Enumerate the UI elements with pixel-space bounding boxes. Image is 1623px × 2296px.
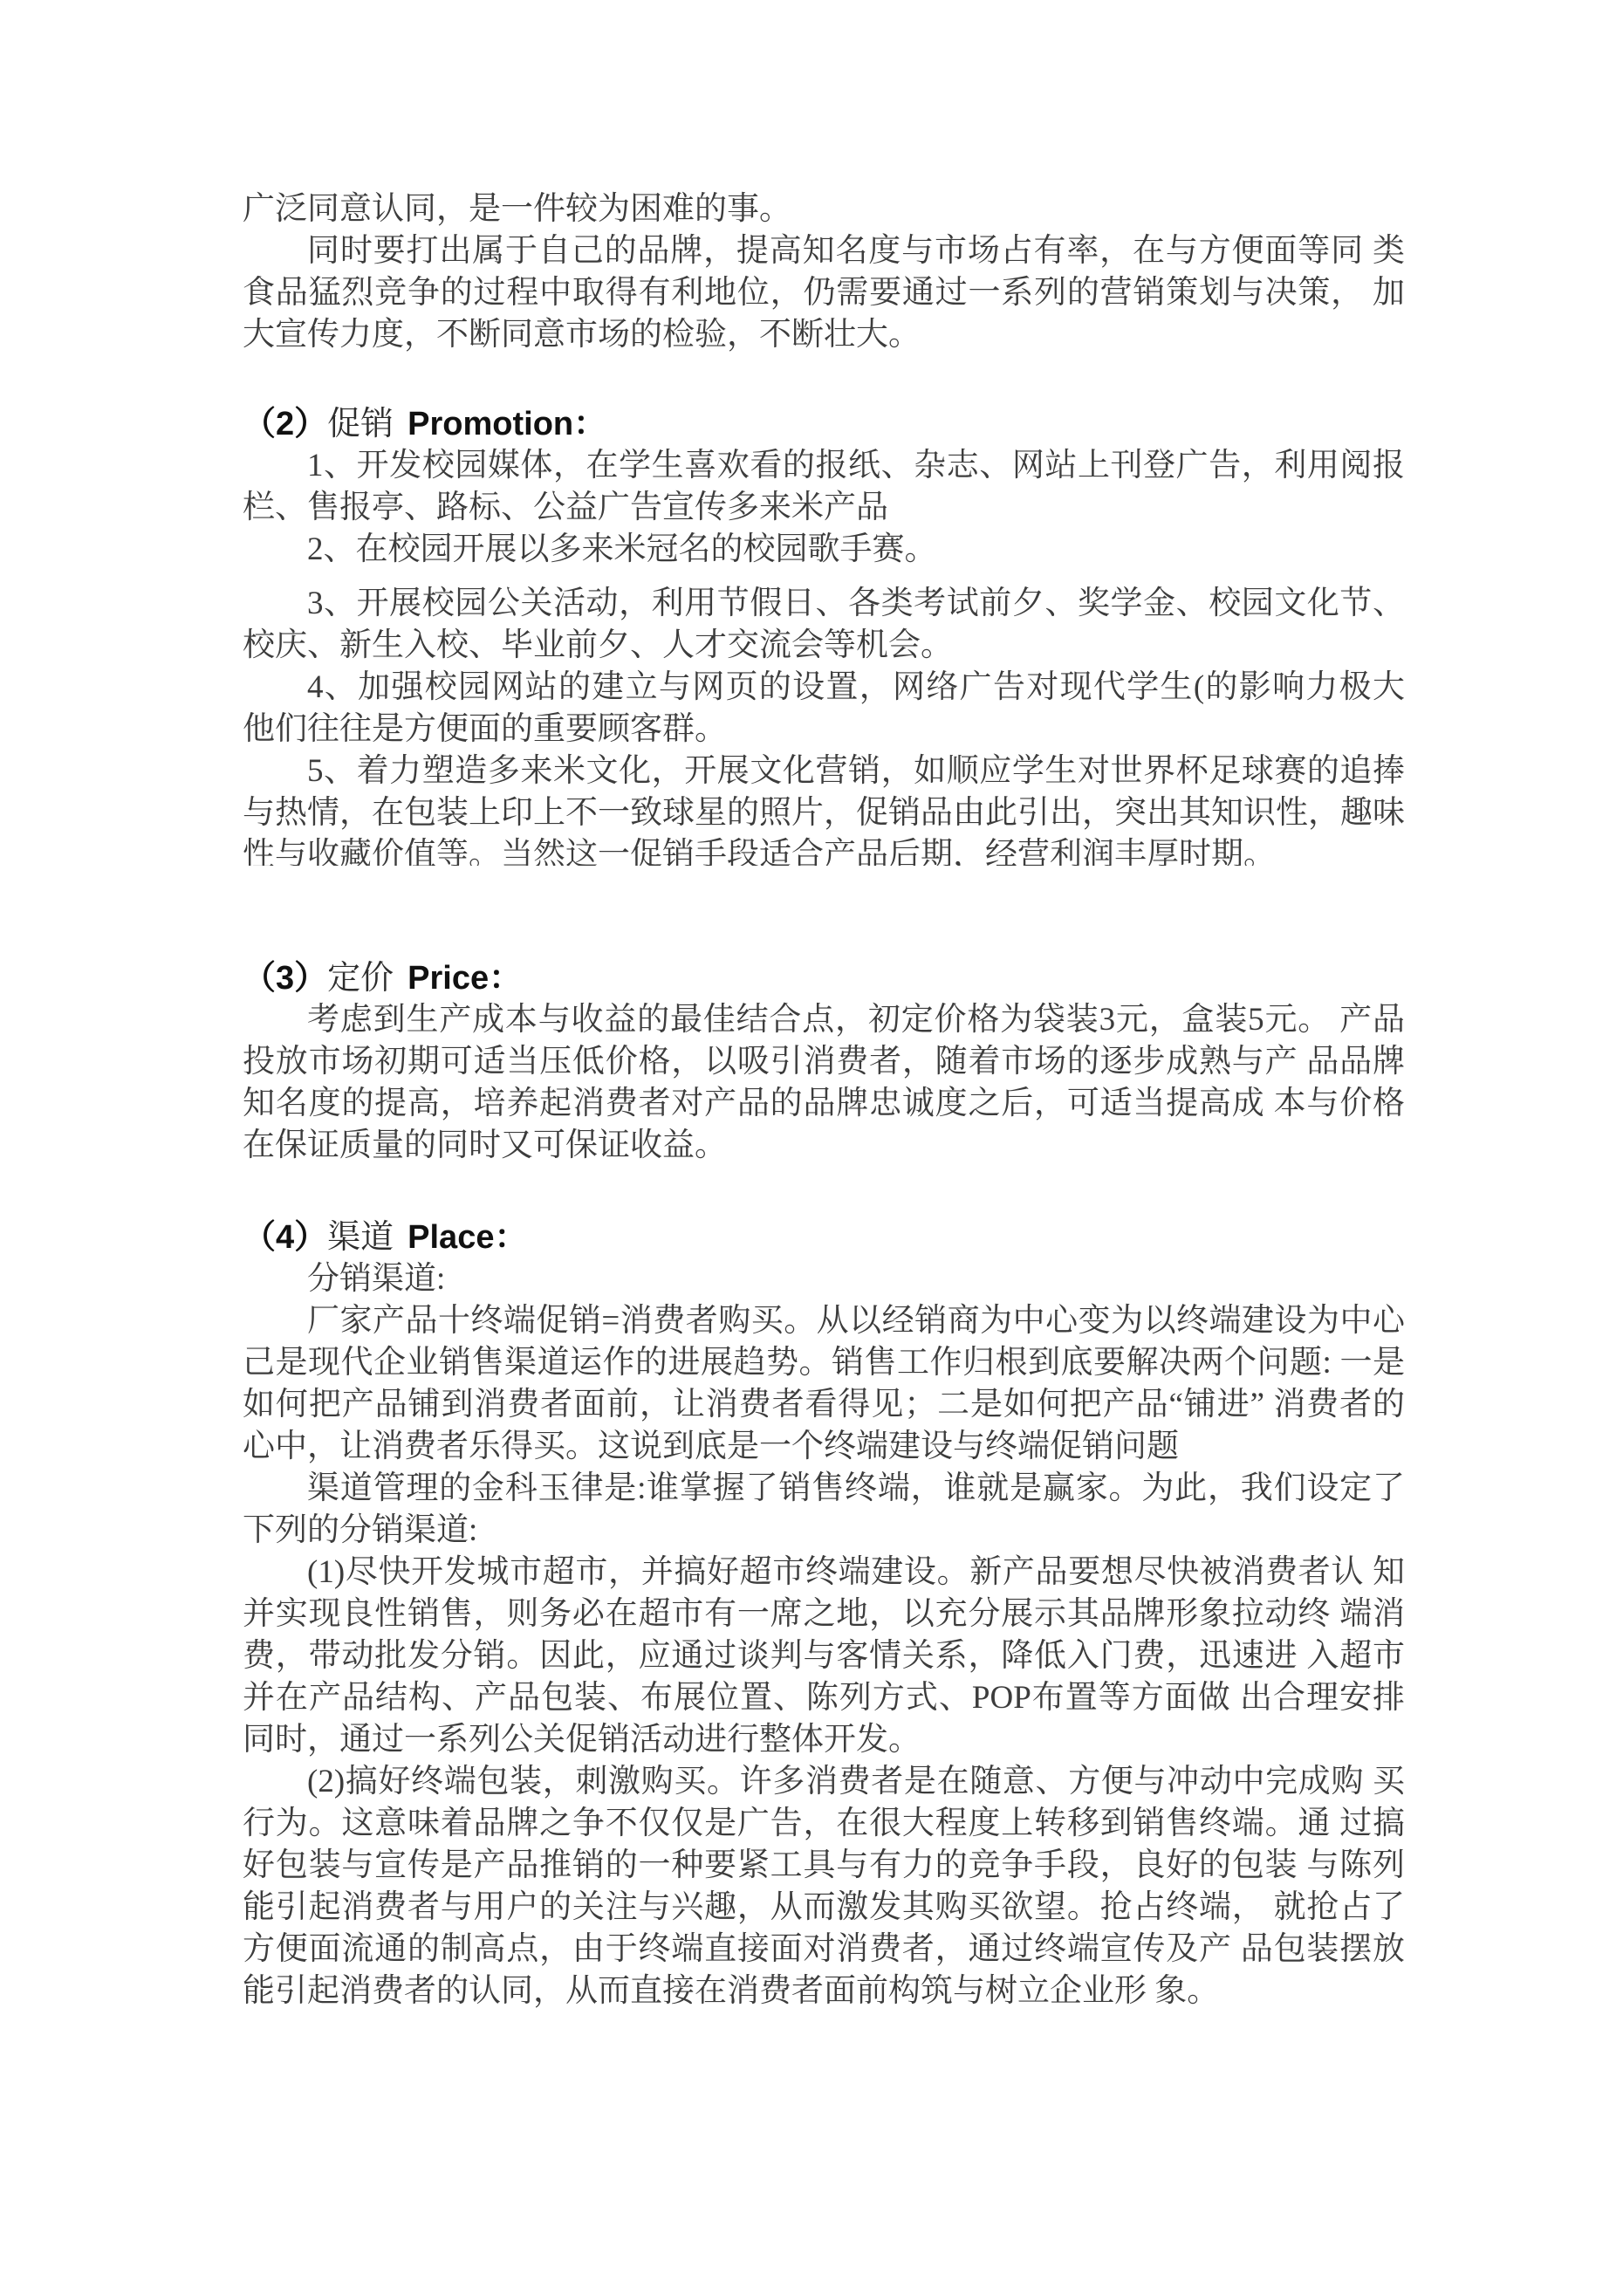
heading-promotion-cjk: 促销: [327, 406, 394, 442]
heading-promotion: （2）促销Promotion：: [243, 403, 1405, 445]
paragraph-brand-strategy: 同时要打出属于自己的品牌，提高知名度与市场占有率，在与方便面等同 类食品猛烈竞争…: [243, 230, 1405, 356]
heading-price-cjk: 定价: [327, 960, 394, 997]
heading-place-cjk: 渠道: [327, 1219, 394, 1256]
promotion-item-4: 4、加强校园网站的建立与网页的设置，网络广告对现代学生(的影响力极大 他们往往是…: [243, 667, 1405, 750]
promotion-item-2: 2、在校园开展以多来米冠名的校园歌手赛。: [243, 529, 1405, 571]
promotion-item-3: 3、开展校园公关活动，利用节假日、各类考试前夕、奖学金、校园文化节、校庆、新生入…: [243, 583, 1405, 667]
promotion-item-5: 5、着力塑造多来米文化，开展文化营销，如顺应学生对世界杯足球赛的追捧与热情，在包…: [243, 750, 1405, 866]
paragraph-intro: 广泛同意认同，是一件较为困难的事。: [243, 188, 1405, 230]
promotion-item-1: 1、开发校园媒体，在学生喜欢看的报纸、杂志、网站上刊登广告，利用阅报栏、售报亭、…: [243, 445, 1405, 529]
paragraph-channel-point-2: (2)搞好终端包装，刺激购买。许多消费者是在随意、方便与冲动中完成购 买行为。这…: [243, 1761, 1405, 2012]
paragraph-channel-label: 分销渠道:: [243, 1258, 1405, 1300]
heading-price-number: （3）: [243, 960, 327, 997]
heading-place-latin: Place：: [407, 1219, 527, 1256]
heading-promotion-latin: Promotion：: [407, 406, 606, 442]
paragraph-channel-rule: 渠道管理的金科玉律是:谁掌握了销售终端，谁就是赢家。为此，我们设定了下列的分销渠…: [243, 1468, 1405, 1552]
paragraph-channel-intro: 厂家产品十终端促销=消费者购买。从以经销商为中心变为以终端建设为中心己是现代企业…: [243, 1300, 1405, 1468]
heading-price: （3）定价Price：: [243, 957, 1405, 999]
heading-price-latin: Price：: [407, 960, 522, 997]
heading-place-number: （4）: [243, 1219, 327, 1256]
paragraph-pricing: 考虑到生产成本与收益的最佳结合点，初定价格为袋装3元，盒装5元。 产品投放市场初…: [243, 999, 1405, 1167]
document-page: 广泛同意认同，是一件较为困难的事。 同时要打出属于自己的品牌，提高知名度与市场占…: [0, 0, 1623, 2296]
paragraph-channel-point-1: (1)尽快开发城市超市，并搞好超市终端建设。新产品要想尽快被消费者认 知并实现良…: [243, 1552, 1405, 1761]
document-body: 广泛同意认同，是一件较为困难的事。 同时要打出属于自己的品牌，提高知名度与市场占…: [243, 188, 1405, 2012]
heading-place: （4）渠道Place：: [243, 1217, 1405, 1258]
promotion-item-5-clipped-container: 5、着力塑造多来米文化，开展文化营销，如顺应学生对世界杯足球赛的追捧与热情，在包…: [243, 750, 1405, 866]
heading-promotion-number: （2）: [243, 406, 327, 442]
